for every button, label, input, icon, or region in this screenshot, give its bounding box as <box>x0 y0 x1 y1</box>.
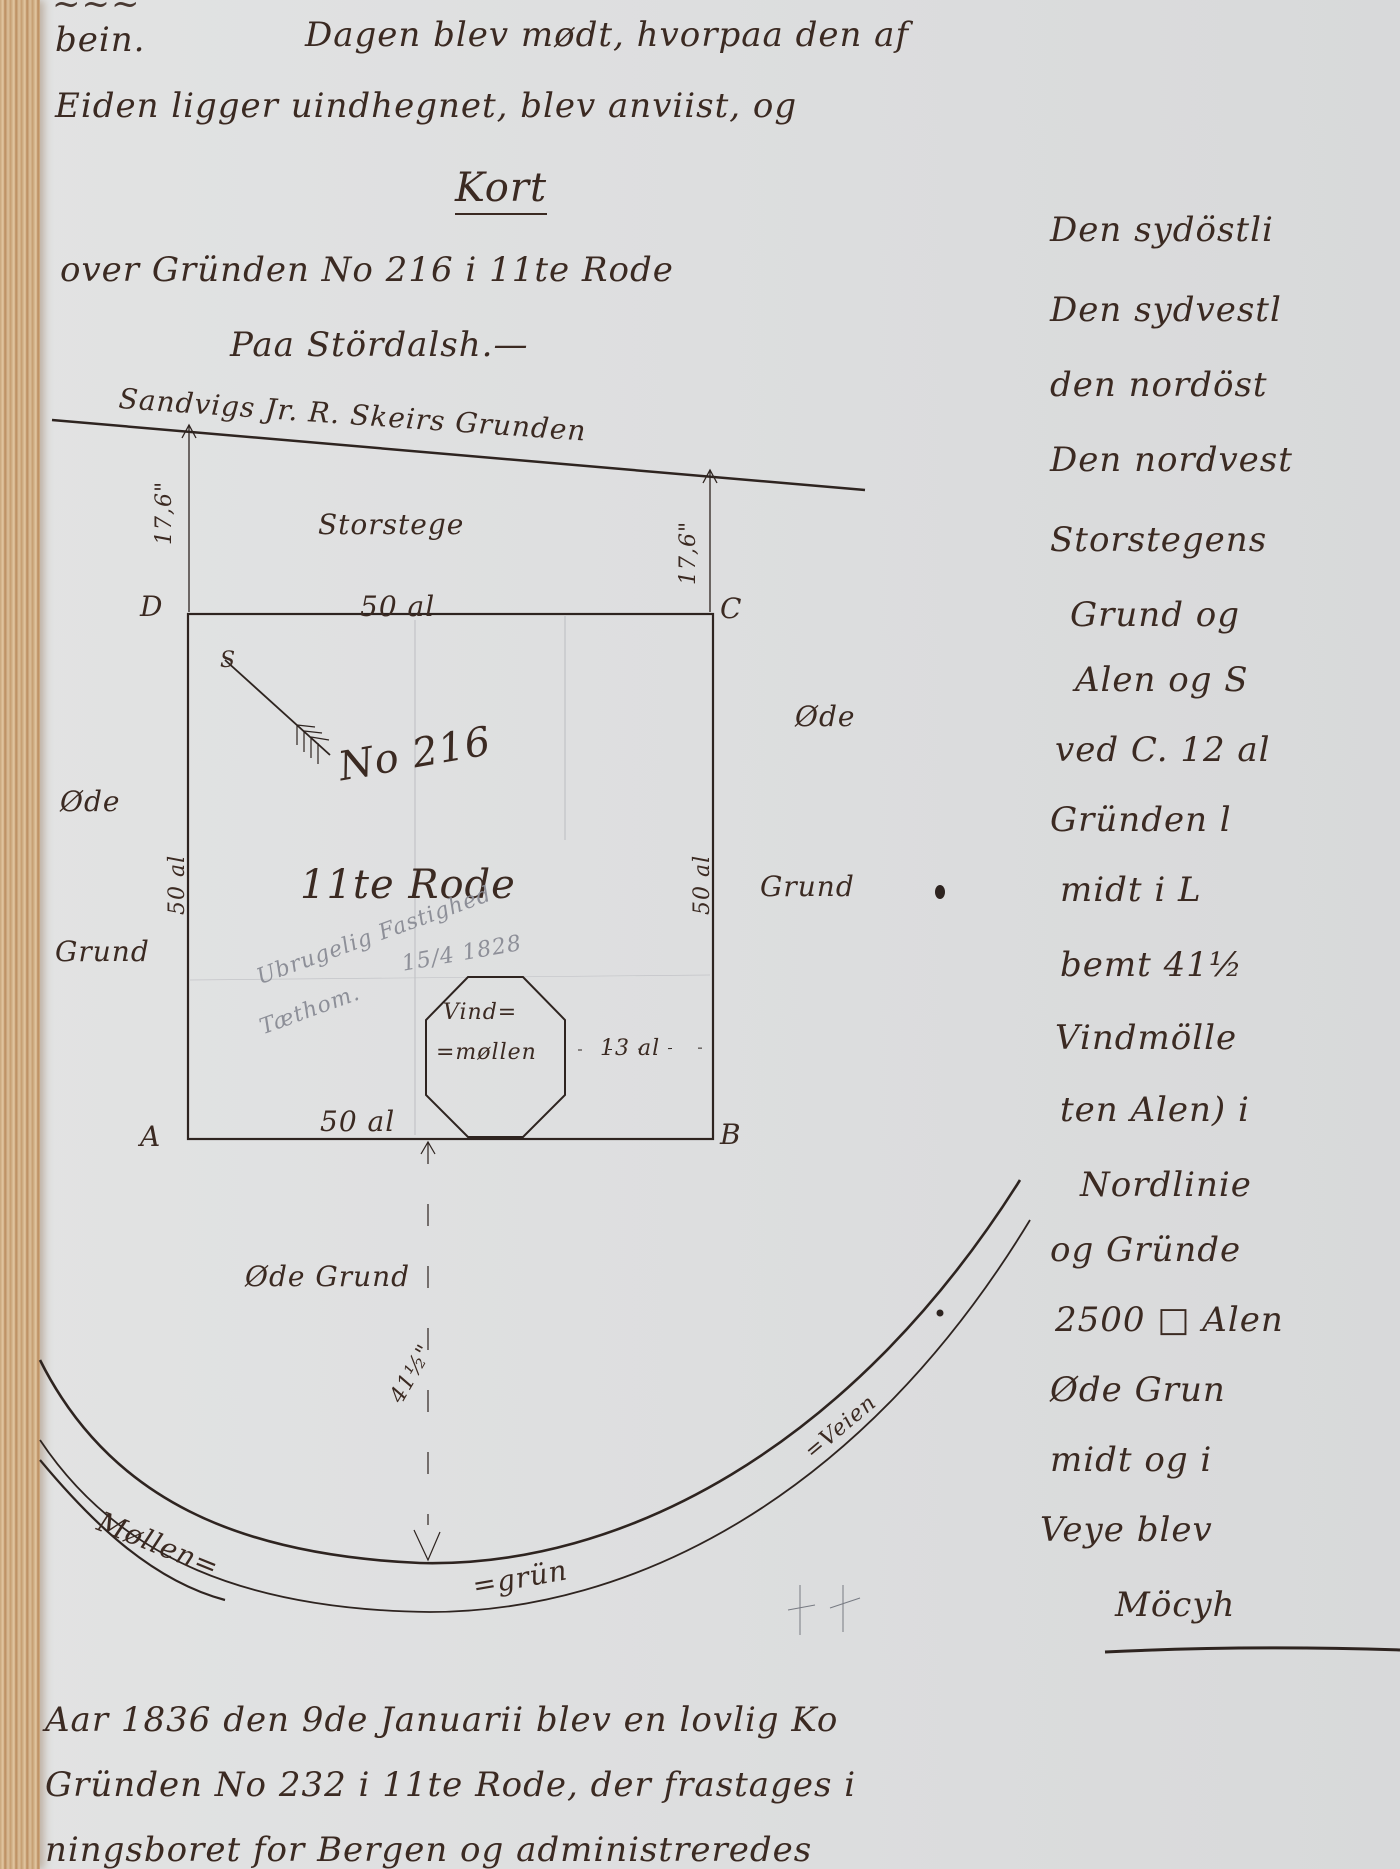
right-col-line-15: og Gründe <box>1050 1230 1241 1270</box>
right-col-line-18: midt og i <box>1050 1440 1212 1480</box>
bottom-line-1: Aar 1836 den 9de Januarii blev en lovlig… <box>45 1700 838 1740</box>
below-plot-label: Øde Grund <box>245 1260 410 1293</box>
right-col-line-16: 2500 □ Alen <box>1055 1300 1284 1340</box>
left-side-label-2: Grund <box>55 935 150 968</box>
right-col-line-19: Veye blev <box>1040 1510 1213 1550</box>
top-dimension: 50 al <box>360 590 435 623</box>
north-arrow-label: S <box>220 648 236 673</box>
right-col-line-14: Nordlinie <box>1080 1165 1252 1205</box>
right-col-line-2: Den sydvestl <box>1050 290 1282 330</box>
top-left-offset-dimension: 17,6" <box>152 481 177 545</box>
right-col-line-5: Storstegens <box>1050 520 1267 560</box>
top-right-offset-dimension: 17,6" <box>676 521 701 585</box>
right-col-line-12: Vindmölle <box>1055 1018 1237 1058</box>
right-col-line-17: Øde Grun <box>1050 1370 1226 1410</box>
bottom-dimension: 50 al <box>320 1105 395 1138</box>
right-col-line-8: ved C. 12 al <box>1055 730 1271 770</box>
right-col-line-9: Gründen l <box>1050 800 1232 840</box>
right-col-line-11: bemt 41½ <box>1060 945 1243 985</box>
left-dimension: 50 al <box>165 855 190 915</box>
windmill-distance: 13 al <box>600 1036 660 1061</box>
bottom-line-3: ningsboret for Bergen og administreredes <box>45 1830 812 1869</box>
windmill-label-1: Vind= <box>443 1000 517 1025</box>
signature: Möcyh <box>1115 1585 1235 1625</box>
corner-c-label: C <box>720 592 742 625</box>
bottom-line-2: Gründen No 232 i 11te Rode, der frastage… <box>45 1765 856 1805</box>
right-col-line-13: ten Alen) i <box>1060 1090 1250 1130</box>
right-col-line-10: midt i L <box>1060 870 1202 910</box>
street-label: Storstege <box>318 508 464 541</box>
right-col-line-4: Den nordvest <box>1050 440 1293 480</box>
manuscript-page: ~~~ bein. Dagen blev mødt, hvorpaa den a… <box>0 0 1400 1869</box>
corner-b-label: B <box>720 1118 742 1151</box>
right-dimension: 50 al <box>690 855 715 915</box>
corner-a-label: A <box>140 1120 161 1153</box>
right-side-label-2: Grund <box>760 870 855 903</box>
right-col-line-6: Grund og <box>1070 595 1240 635</box>
right-side-label-1: Øde <box>795 700 855 733</box>
right-col-line-1: Den sydöstli <box>1050 210 1274 250</box>
right-col-line-3: den nordöst <box>1050 365 1268 405</box>
right-col-line-7: Alen og S <box>1075 660 1249 700</box>
windmill-label-2: =møllen <box>436 1040 537 1065</box>
left-side-label-1: Øde <box>60 785 120 818</box>
corner-d-label: D <box>140 590 163 623</box>
